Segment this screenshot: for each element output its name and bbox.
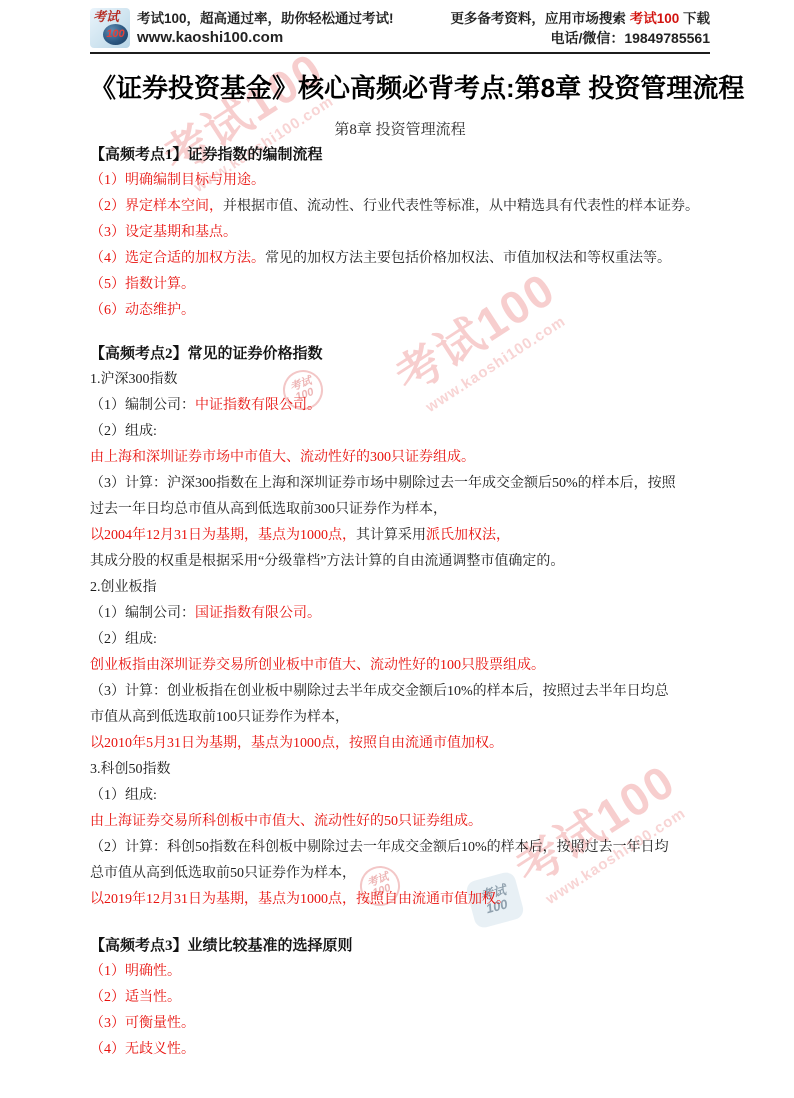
logo-number: 100 <box>103 29 128 40</box>
document-body: 【高频考点1】证券指数的编制流程（1）明确编制目标与用途。（2）界定样本空间，并… <box>90 142 710 1063</box>
text-segment: 中证指数有限公司。 <box>195 398 321 413</box>
text-segment: 由上海和深圳证券市场中市值大、流动性好的300只证券组成。 <box>90 450 475 465</box>
text-segment: （5）指数计算。 <box>90 277 195 292</box>
text-segment: 以2010年5月31日为基期，基点为1000点，按照自由流通市值加权。 <box>90 736 503 751</box>
page-title: 《证券投资基金》核心高频必背考点:第8章 投资管理流程 <box>90 70 710 106</box>
text-segment: 由上海证券交易所科创板中市值大、流动性好的50只证券组成。 <box>90 814 482 829</box>
text-segment: （3）设定基期和基点。 <box>90 225 237 240</box>
text-line: （3）计算：沪深300指数在上海和深圳证券市场中剔除过去一年成交金额后50%的样… <box>90 471 710 497</box>
text-line: （4）选定合适的加权方法。常见的加权方法主要包括价格加权法、市值加权法和等权重法… <box>90 246 710 272</box>
text-line: 以2010年5月31日为基期，基点为1000点，按照自由流通市值加权。 <box>90 731 710 757</box>
website-text: www.kaoshi100.com <box>137 28 394 48</box>
text-line: 1.沪深300指数 <box>90 367 710 393</box>
text-line: （2）计算：科创50指数在科创板中剔除过去一年成交金额后10%的样本后，按照过去… <box>90 835 710 861</box>
header-contact: 电话/微信：19849785561 <box>450 28 710 48</box>
text-segment: （1）明确编制目标与用途。 <box>90 173 265 188</box>
text-segment: 常见的加权方法主要包括价格加权法、市值加权法和等权重法等。 <box>265 251 671 266</box>
text-segment: （2）计算：科创50指数在科创板中剔除过去一年成交金额后10%的样本后，按照过去… <box>90 840 669 855</box>
header-left-block: 考试100，超高通过率，助你轻松通过考试! www.kaoshi100.com <box>137 9 394 48</box>
text-line: 创业板指由深圳证券交易所创业板中市值大、流动性好的100只股票组成。 <box>90 653 710 679</box>
text-line: （1）编制公司：国证指数有限公司。 <box>90 601 710 627</box>
header-promo: 更多备考资料，应用市场搜索 考试100 下载 <box>450 9 710 28</box>
topic-section: 【高频考点2】常见的证券价格指数1.沪深300指数（1）编制公司：中证指数有限公… <box>90 341 710 913</box>
text-line: （3）可衡量性。 <box>90 1011 710 1037</box>
kaoshi100-logo-icon: 考试 100 <box>90 8 130 48</box>
text-line: （2）适当性。 <box>90 985 710 1011</box>
text-segment: 过去一年日均总市值从高到低选取前300只证券作为样本， <box>90 502 447 517</box>
text-segment: 并根据市值、流动性、行业代表性等标准，从中精选具有代表性的样本证券。 <box>223 199 699 214</box>
text-segment: 其成分股的权重是根据采用“分级靠档”方法计算的自由流通调整市值确定的。 <box>90 554 564 569</box>
text-line: 由上海和深圳证券市场中市值大、流动性好的300只证券组成。 <box>90 445 710 471</box>
text-line: （2）组成: <box>90 419 710 445</box>
text-line: （1）编制公司：中证指数有限公司。 <box>90 393 710 419</box>
header-right-block: 更多备考资料，应用市场搜索 考试100 下载 电话/微信：19849785561 <box>450 9 710 48</box>
topic-section: 【高频考点3】业绩比较基准的选择原则（1）明确性。（2）适当性。（3）可衡量性。… <box>90 933 710 1063</box>
document-page: 考试100 www.kaoshi100.com 考试100 www.kaoshi… <box>0 0 794 1098</box>
text-segment: （1）编制公司： <box>90 606 195 621</box>
header-tagline: 考试100，超高通过率，助你轻松通过考试! <box>137 9 394 28</box>
text-segment: 3.科创50指数 <box>90 762 171 777</box>
text-segment: （6）动态维护。 <box>90 303 195 318</box>
text-segment: （2）适当性。 <box>90 990 181 1005</box>
text-line: （3）设定基期和基点。 <box>90 220 710 246</box>
topic-heading: 【高频考点1】证券指数的编制流程 <box>90 142 710 168</box>
text-line: （3）计算：创业板指在创业板中剔除过去半年成交金额后10%的样本后，按照过去半年… <box>90 679 710 705</box>
topic-heading: 【高频考点3】业绩比较基准的选择原则 <box>90 933 710 959</box>
text-line: （1）明确性。 <box>90 959 710 985</box>
text-segment: 派氏加权法， <box>426 528 510 543</box>
text-segment: 其计算采用 <box>356 528 426 543</box>
text-segment: 国证指数有限公司。 <box>195 606 321 621</box>
text-segment: （3）可衡量性。 <box>90 1016 195 1031</box>
text-line: （2）界定样本空间，并根据市值、流动性、行业代表性等标准，从中精选具有代表性的样… <box>90 194 710 220</box>
text-segment: （1）明确性。 <box>90 964 181 979</box>
text-segment: 2.创业板指 <box>90 580 157 595</box>
text-segment: （1）编制公司： <box>90 398 195 413</box>
text-segment: （3）计算：创业板指在创业板中剔除过去半年成交金额后10%的样本后，按照过去半年… <box>90 684 669 699</box>
text-line: （1）明确编制目标与用途。 <box>90 168 710 194</box>
header-divider <box>90 52 710 54</box>
text-segment: （2）组成: <box>90 632 157 647</box>
text-segment: 总市值从高到低选取前50只证券作为样本， <box>90 866 356 881</box>
text-line: 以2019年12月31日为基期，基点为1000点，按照自由流通市值加权。 <box>90 887 710 913</box>
text-line: （2）组成: <box>90 627 710 653</box>
chapter-subtitle: 第8章 投资管理流程 <box>90 120 710 140</box>
topic-heading: 【高频考点2】常见的证券价格指数 <box>90 341 710 367</box>
promo-brand: 考试100 <box>630 11 680 26</box>
text-line: （6）动态维护。 <box>90 298 710 324</box>
text-segment: （2）组成: <box>90 424 157 439</box>
text-segment: 以2019年12月31日为基期，基点为1000点，按照自由流通市值加权。 <box>90 892 510 907</box>
text-segment: （4）选定合适的加权方法。 <box>90 251 265 266</box>
page-header: 考试 100 考试100，超高通过率，助你轻松通过考试! www.kaoshi1… <box>90 8 710 50</box>
logo-kaoshi-text: 考试 <box>93 10 119 23</box>
text-line: 2.创业板指 <box>90 575 710 601</box>
text-line: 总市值从高到低选取前50只证券作为样本， <box>90 861 710 887</box>
text-line: 其成分股的权重是根据采用“分级靠档”方法计算的自由流通调整市值确定的。 <box>90 549 710 575</box>
text-segment: 1.沪深300指数 <box>90 372 178 387</box>
text-segment: 创业板指由深圳证券交易所创业板中市值大、流动性好的100只股票组成。 <box>90 658 545 673</box>
logo-globe-icon: 100 <box>103 24 128 45</box>
text-segment: （3）计算：沪深300指数在上海和深圳证券市场中剔除过去一年成交金额后50%的样… <box>90 476 676 491</box>
text-line: 由上海证券交易所科创板中市值大、流动性好的50只证券组成。 <box>90 809 710 835</box>
text-segment: 市值从高到低选取前100只证券作为样本， <box>90 710 349 725</box>
document-content: 《证券投资基金》核心高频必背考点:第8章 投资管理流程 第8章 投资管理流程 【… <box>0 0 794 1063</box>
text-line: 以2004年12月31日为基期，基点为1000点，其计算采用派氏加权法， <box>90 523 710 549</box>
text-segment: （4）无歧义性。 <box>90 1042 195 1057</box>
promo-suffix: 下载 <box>679 11 710 26</box>
text-line: 3.科创50指数 <box>90 757 710 783</box>
text-segment: 以2004年12月31日为基期，基点为1000点， <box>90 528 356 543</box>
text-segment: （1）组成: <box>90 788 157 803</box>
text-line: 市值从高到低选取前100只证券作为样本， <box>90 705 710 731</box>
text-line: （5）指数计算。 <box>90 272 710 298</box>
promo-prefix: 更多备考资料，应用市场搜索 <box>450 11 629 26</box>
text-line: （4）无歧义性。 <box>90 1037 710 1063</box>
text-segment: （2）界定样本空间， <box>90 199 223 214</box>
text-line: 过去一年日均总市值从高到低选取前300只证券作为样本， <box>90 497 710 523</box>
text-line: （1）组成: <box>90 783 710 809</box>
topic-section: 【高频考点1】证券指数的编制流程（1）明确编制目标与用途。（2）界定样本空间，并… <box>90 142 710 324</box>
